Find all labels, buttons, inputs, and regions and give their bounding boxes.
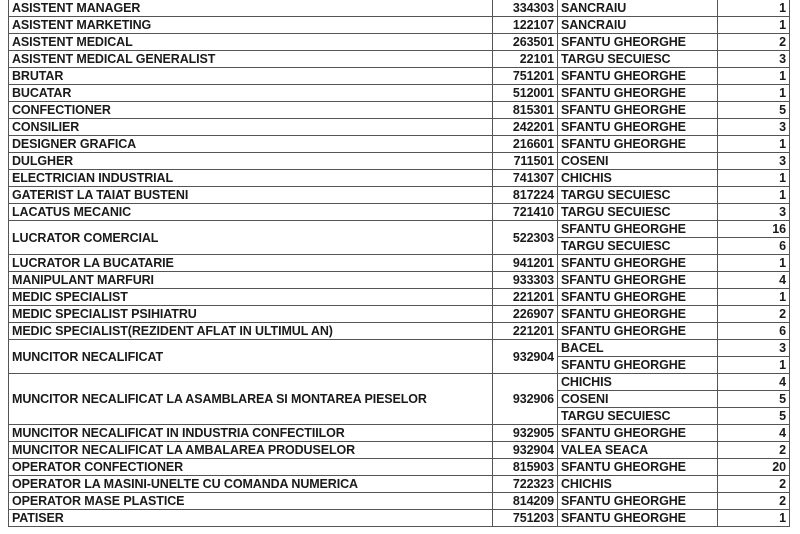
location-cell: SANCRAIU [558,17,718,34]
occupation-cell: CONFECTIONER [9,102,493,119]
vacancy-count-cell: 1 [718,17,790,34]
vacancy-count-cell: 3 [718,119,790,136]
vacancy-count-cell: 1 [718,68,790,85]
vacancy-count-cell: 1 [718,510,790,527]
vacancy-count-cell: 3 [718,51,790,68]
location-cell: TARGU SECUIESC [558,238,718,255]
cor-code-cell: 221201 [493,289,558,306]
cor-code-cell: 814209 [493,493,558,510]
location-cell: SFANTU GHEORGHE [558,323,718,340]
table-row: ELECTRICIAN INDUSTRIAL741307CHICHIS1 [9,170,790,187]
location-cell: CHICHIS [558,374,718,391]
table-row: LACATUS MECANIC721410TARGU SECUIESC3 [9,204,790,221]
table-row: MANIPULANT MARFURI933303SFANTU GHEORGHE4 [9,272,790,289]
job-vacancies-table-container: ASISTENT MANAGER334303SANCRAIU1ASISTENT … [8,0,789,527]
table-row: PATISER751203SFANTU GHEORGHE1 [9,510,790,527]
table-row: MEDIC SPECIALIST PSIHIATRU226907SFANTU G… [9,306,790,323]
vacancy-count-cell: 4 [718,425,790,442]
vacancy-count-cell: 5 [718,391,790,408]
occupation-cell: DULGHER [9,153,493,170]
table-row: OPERATOR CONFECTIONER815903SFANTU GHEORG… [9,459,790,476]
cor-code-cell: 263501 [493,34,558,51]
location-cell: SFANTU GHEORGHE [558,85,718,102]
table-row: MUNCITOR NECALIFICAT IN INDUSTRIA CONFEC… [9,425,790,442]
cor-code-cell: 334303 [493,0,558,17]
location-cell: SFANTU GHEORGHE [558,357,718,374]
cor-code-cell: 933303 [493,272,558,289]
location-cell: TARGU SECUIESC [558,187,718,204]
cor-code-cell: 721410 [493,204,558,221]
cor-code-cell: 751201 [493,68,558,85]
vacancy-count-cell: 1 [718,136,790,153]
vacancy-count-cell: 6 [718,323,790,340]
cor-code-cell: 941201 [493,255,558,272]
location-cell: SFANTU GHEORGHE [558,255,718,272]
occupation-cell: BRUTAR [9,68,493,85]
occupation-cell: ASISTENT MEDICAL GENERALIST [9,51,493,68]
cor-code-cell: 722323 [493,476,558,493]
occupation-cell: OPERATOR LA MASINI-UNELTE CU COMANDA NUM… [9,476,493,493]
table-row: ASISTENT MEDICAL263501SFANTU GHEORGHE2 [9,34,790,51]
location-cell: BACEL [558,340,718,357]
cor-code-cell: 817224 [493,187,558,204]
cor-code-cell: 932905 [493,425,558,442]
occupation-cell: BUCATAR [9,85,493,102]
occupation-cell: ASISTENT MARKETING [9,17,493,34]
occupation-cell: CONSILIER [9,119,493,136]
table-row: ASISTENT MEDICAL GENERALIST22101TARGU SE… [9,51,790,68]
table-row: MEDIC SPECIALIST(REZIDENT AFLAT IN ULTIM… [9,323,790,340]
cor-code-cell: 932904 [493,340,558,374]
location-cell: SFANTU GHEORGHE [558,493,718,510]
location-cell: TARGU SECUIESC [558,51,718,68]
occupation-cell: ELECTRICIAN INDUSTRIAL [9,170,493,187]
cor-code-cell: 741307 [493,170,558,187]
table-row: GATERIST LA TAIAT BUSTENI817224TARGU SEC… [9,187,790,204]
vacancy-count-cell: 2 [718,34,790,51]
vacancy-count-cell: 1 [718,255,790,272]
location-cell: VALEA SEACA [558,442,718,459]
cor-code-cell: 226907 [493,306,558,323]
table-row: OPERATOR MASE PLASTICE814209SFANTU GHEOR… [9,493,790,510]
location-cell: SFANTU GHEORGHE [558,136,718,153]
cor-code-cell: 815903 [493,459,558,476]
location-cell: SFANTU GHEORGHE [558,289,718,306]
table-row: MUNCITOR NECALIFICAT LA ASAMBLAREA SI MO… [9,374,790,391]
location-cell: SFANTU GHEORGHE [558,425,718,442]
table-row: MUNCITOR NECALIFICAT LA AMBALAREA PRODUS… [9,442,790,459]
location-cell: CHICHIS [558,170,718,187]
cor-code-cell: 22101 [493,51,558,68]
vacancy-count-cell: 4 [718,272,790,289]
location-cell: COSENI [558,153,718,170]
cor-code-cell: 711501 [493,153,558,170]
vacancy-count-cell: 1 [718,170,790,187]
occupation-cell: LUCRATOR COMERCIAL [9,221,493,255]
occupation-cell: MUNCITOR NECALIFICAT LA AMBALAREA PRODUS… [9,442,493,459]
vacancy-count-cell: 5 [718,102,790,119]
vacancy-count-cell: 1 [718,0,790,17]
vacancy-count-cell: 6 [718,238,790,255]
occupation-cell: MANIPULANT MARFURI [9,272,493,289]
cor-code-cell: 242201 [493,119,558,136]
table-row: OPERATOR LA MASINI-UNELTE CU COMANDA NUM… [9,476,790,493]
vacancy-count-cell: 20 [718,459,790,476]
location-cell: SFANTU GHEORGHE [558,119,718,136]
job-vacancies-table: ASISTENT MANAGER334303SANCRAIU1ASISTENT … [8,0,790,527]
location-cell: SFANTU GHEORGHE [558,510,718,527]
vacancy-count-cell: 3 [718,340,790,357]
occupation-cell: MEDIC SPECIALIST PSIHIATRU [9,306,493,323]
occupation-cell: OPERATOR MASE PLASTICE [9,493,493,510]
cor-code-cell: 932904 [493,442,558,459]
occupation-cell: MUNCITOR NECALIFICAT [9,340,493,374]
table-row: BUCATAR512001SFANTU GHEORGHE1 [9,85,790,102]
table-row: CONSILIER242201SFANTU GHEORGHE3 [9,119,790,136]
vacancy-count-cell: 2 [718,493,790,510]
occupation-cell: OPERATOR CONFECTIONER [9,459,493,476]
occupation-cell: ASISTENT MEDICAL [9,34,493,51]
vacancy-count-cell: 5 [718,408,790,425]
vacancy-count-cell: 3 [718,204,790,221]
table-row: LUCRATOR LA BUCATARIE941201SFANTU GHEORG… [9,255,790,272]
location-cell: SFANTU GHEORGHE [558,68,718,85]
table-row: DULGHER711501COSENI3 [9,153,790,170]
vacancy-count-cell: 2 [718,476,790,493]
occupation-cell: MUNCITOR NECALIFICAT LA ASAMBLAREA SI MO… [9,374,493,425]
vacancy-count-cell: 1 [718,187,790,204]
location-cell: SFANTU GHEORGHE [558,306,718,323]
location-cell: TARGU SECUIESC [558,204,718,221]
vacancy-count-cell: 2 [718,442,790,459]
occupation-cell: ASISTENT MANAGER [9,0,493,17]
cor-code-cell: 122107 [493,17,558,34]
table-row: MEDIC SPECIALIST221201SFANTU GHEORGHE1 [9,289,790,306]
cor-code-cell: 751203 [493,510,558,527]
occupation-cell: MUNCITOR NECALIFICAT IN INDUSTRIA CONFEC… [9,425,493,442]
vacancy-count-cell: 1 [718,289,790,306]
table-row: LUCRATOR COMERCIAL522303SFANTU GHEORGHE1… [9,221,790,238]
table-row: CONFECTIONER815301SFANTU GHEORGHE5 [9,102,790,119]
vacancy-count-cell: 3 [718,153,790,170]
table-row: BRUTAR751201SFANTU GHEORGHE1 [9,68,790,85]
table-row: DESIGNER GRAFICA216601SFANTU GHEORGHE1 [9,136,790,153]
table-row: ASISTENT MANAGER334303SANCRAIU1 [9,0,790,17]
location-cell: CHICHIS [558,476,718,493]
occupation-cell: GATERIST LA TAIAT BUSTENI [9,187,493,204]
occupation-cell: LUCRATOR LA BUCATARIE [9,255,493,272]
occupation-cell: MEDIC SPECIALIST(REZIDENT AFLAT IN ULTIM… [9,323,493,340]
vacancy-count-cell: 1 [718,357,790,374]
vacancy-count-cell: 4 [718,374,790,391]
location-cell: COSENI [558,391,718,408]
location-cell: TARGU SECUIESC [558,408,718,425]
occupation-cell: PATISER [9,510,493,527]
table-row: MUNCITOR NECALIFICAT932904BACEL3 [9,340,790,357]
vacancy-count-cell: 16 [718,221,790,238]
location-cell: SFANTU GHEORGHE [558,221,718,238]
cor-code-cell: 221201 [493,323,558,340]
table-body: ASISTENT MANAGER334303SANCRAIU1ASISTENT … [9,0,790,527]
cor-code-cell: 815301 [493,102,558,119]
cor-code-cell: 512001 [493,85,558,102]
cor-code-cell: 522303 [493,221,558,255]
cor-code-cell: 216601 [493,136,558,153]
location-cell: SFANTU GHEORGHE [558,34,718,51]
occupation-cell: MEDIC SPECIALIST [9,289,493,306]
vacancy-count-cell: 2 [718,306,790,323]
location-cell: SFANTU GHEORGHE [558,272,718,289]
vacancy-count-cell: 1 [718,85,790,102]
location-cell: SFANTU GHEORGHE [558,102,718,119]
location-cell: SFANTU GHEORGHE [558,459,718,476]
cor-code-cell: 932906 [493,374,558,425]
table-row: ASISTENT MARKETING122107SANCRAIU1 [9,17,790,34]
location-cell: SANCRAIU [558,0,718,17]
occupation-cell: LACATUS MECANIC [9,204,493,221]
occupation-cell: DESIGNER GRAFICA [9,136,493,153]
